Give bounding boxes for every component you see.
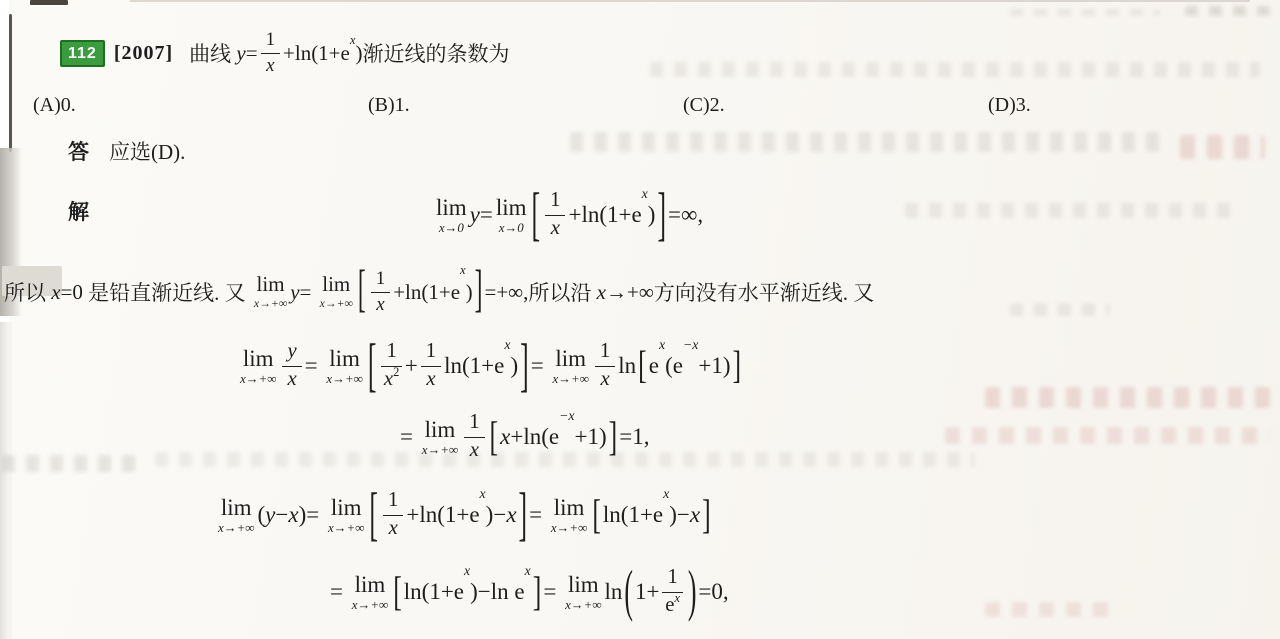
equation-3: = limx→+∞1x[x+ln(e−x+1)]=1, bbox=[400, 405, 649, 469]
scanned-page: 112 [2007] 曲线 y=1x+ln(1+ex)渐近线的条数为 (A)0.… bbox=[0, 0, 1280, 639]
equation-1: limx→0y=limx→0[1x+ln(1+ex)]=∞, bbox=[433, 183, 703, 247]
solution-label: 解 bbox=[68, 196, 89, 226]
solution-paragraph: 所以 x=0 是铅直渐近线. 又 limx→+∞y= limx→+∞[1x+ln… bbox=[4, 260, 874, 324]
answer-text: 应选(D). bbox=[109, 136, 185, 166]
option-d: (D)3. bbox=[988, 94, 1031, 117]
bleedthrough-smudge bbox=[2, 455, 142, 472]
option-c: (C)2. bbox=[683, 94, 725, 117]
bleedthrough-smudge bbox=[570, 132, 1170, 152]
bleedthrough-smudge bbox=[1010, 9, 1160, 16]
page-edge-shadow-lower bbox=[0, 322, 13, 639]
problem-title-row: 112 [2007] 曲线 y=1x+ln(1+ex)渐近线的条数为 bbox=[60, 25, 509, 81]
options-row: (A)0. (B)1. (C)2. (D)3. bbox=[0, 94, 1280, 120]
option-b: (B)1. bbox=[368, 94, 410, 117]
answer-label: 答 bbox=[68, 136, 89, 166]
problem-number-badge: 112 bbox=[60, 40, 105, 67]
bleedthrough-smudge bbox=[1010, 303, 1110, 316]
equation-5: = limx→+∞[ln(1+ex)−ln ex]= limx→+∞ln(1+1… bbox=[330, 560, 729, 624]
bleedthrough-smudge bbox=[905, 203, 1235, 218]
scan-top-line bbox=[130, 0, 1250, 2]
bleedthrough-smudge bbox=[945, 427, 1270, 444]
bleedthrough-smudge bbox=[985, 602, 1115, 617]
equation-4: limx→+∞(y−x)= limx→+∞[1x+ln(1+ex)−x]= li… bbox=[215, 483, 713, 547]
bleedthrough-smudge bbox=[650, 62, 1260, 77]
bleedthrough-smudge bbox=[1180, 135, 1265, 159]
page-edge-dark-line bbox=[9, 14, 12, 152]
option-a: (A)0. bbox=[33, 94, 76, 117]
equation-2: limx→+∞yx= limx→+∞[1x2+1xln(1+ex)]= limx… bbox=[237, 334, 743, 398]
bleedthrough-smudge bbox=[1185, 6, 1270, 16]
scan-top-dash bbox=[30, 0, 68, 5]
bleedthrough-smudge bbox=[985, 387, 1270, 408]
year-tag: [2007] bbox=[114, 42, 173, 65]
problem-stem: 曲线 y=1x+ln(1+ex)渐近线的条数为 bbox=[189, 30, 509, 76]
answer-row: 答 应选(D). bbox=[68, 136, 185, 166]
